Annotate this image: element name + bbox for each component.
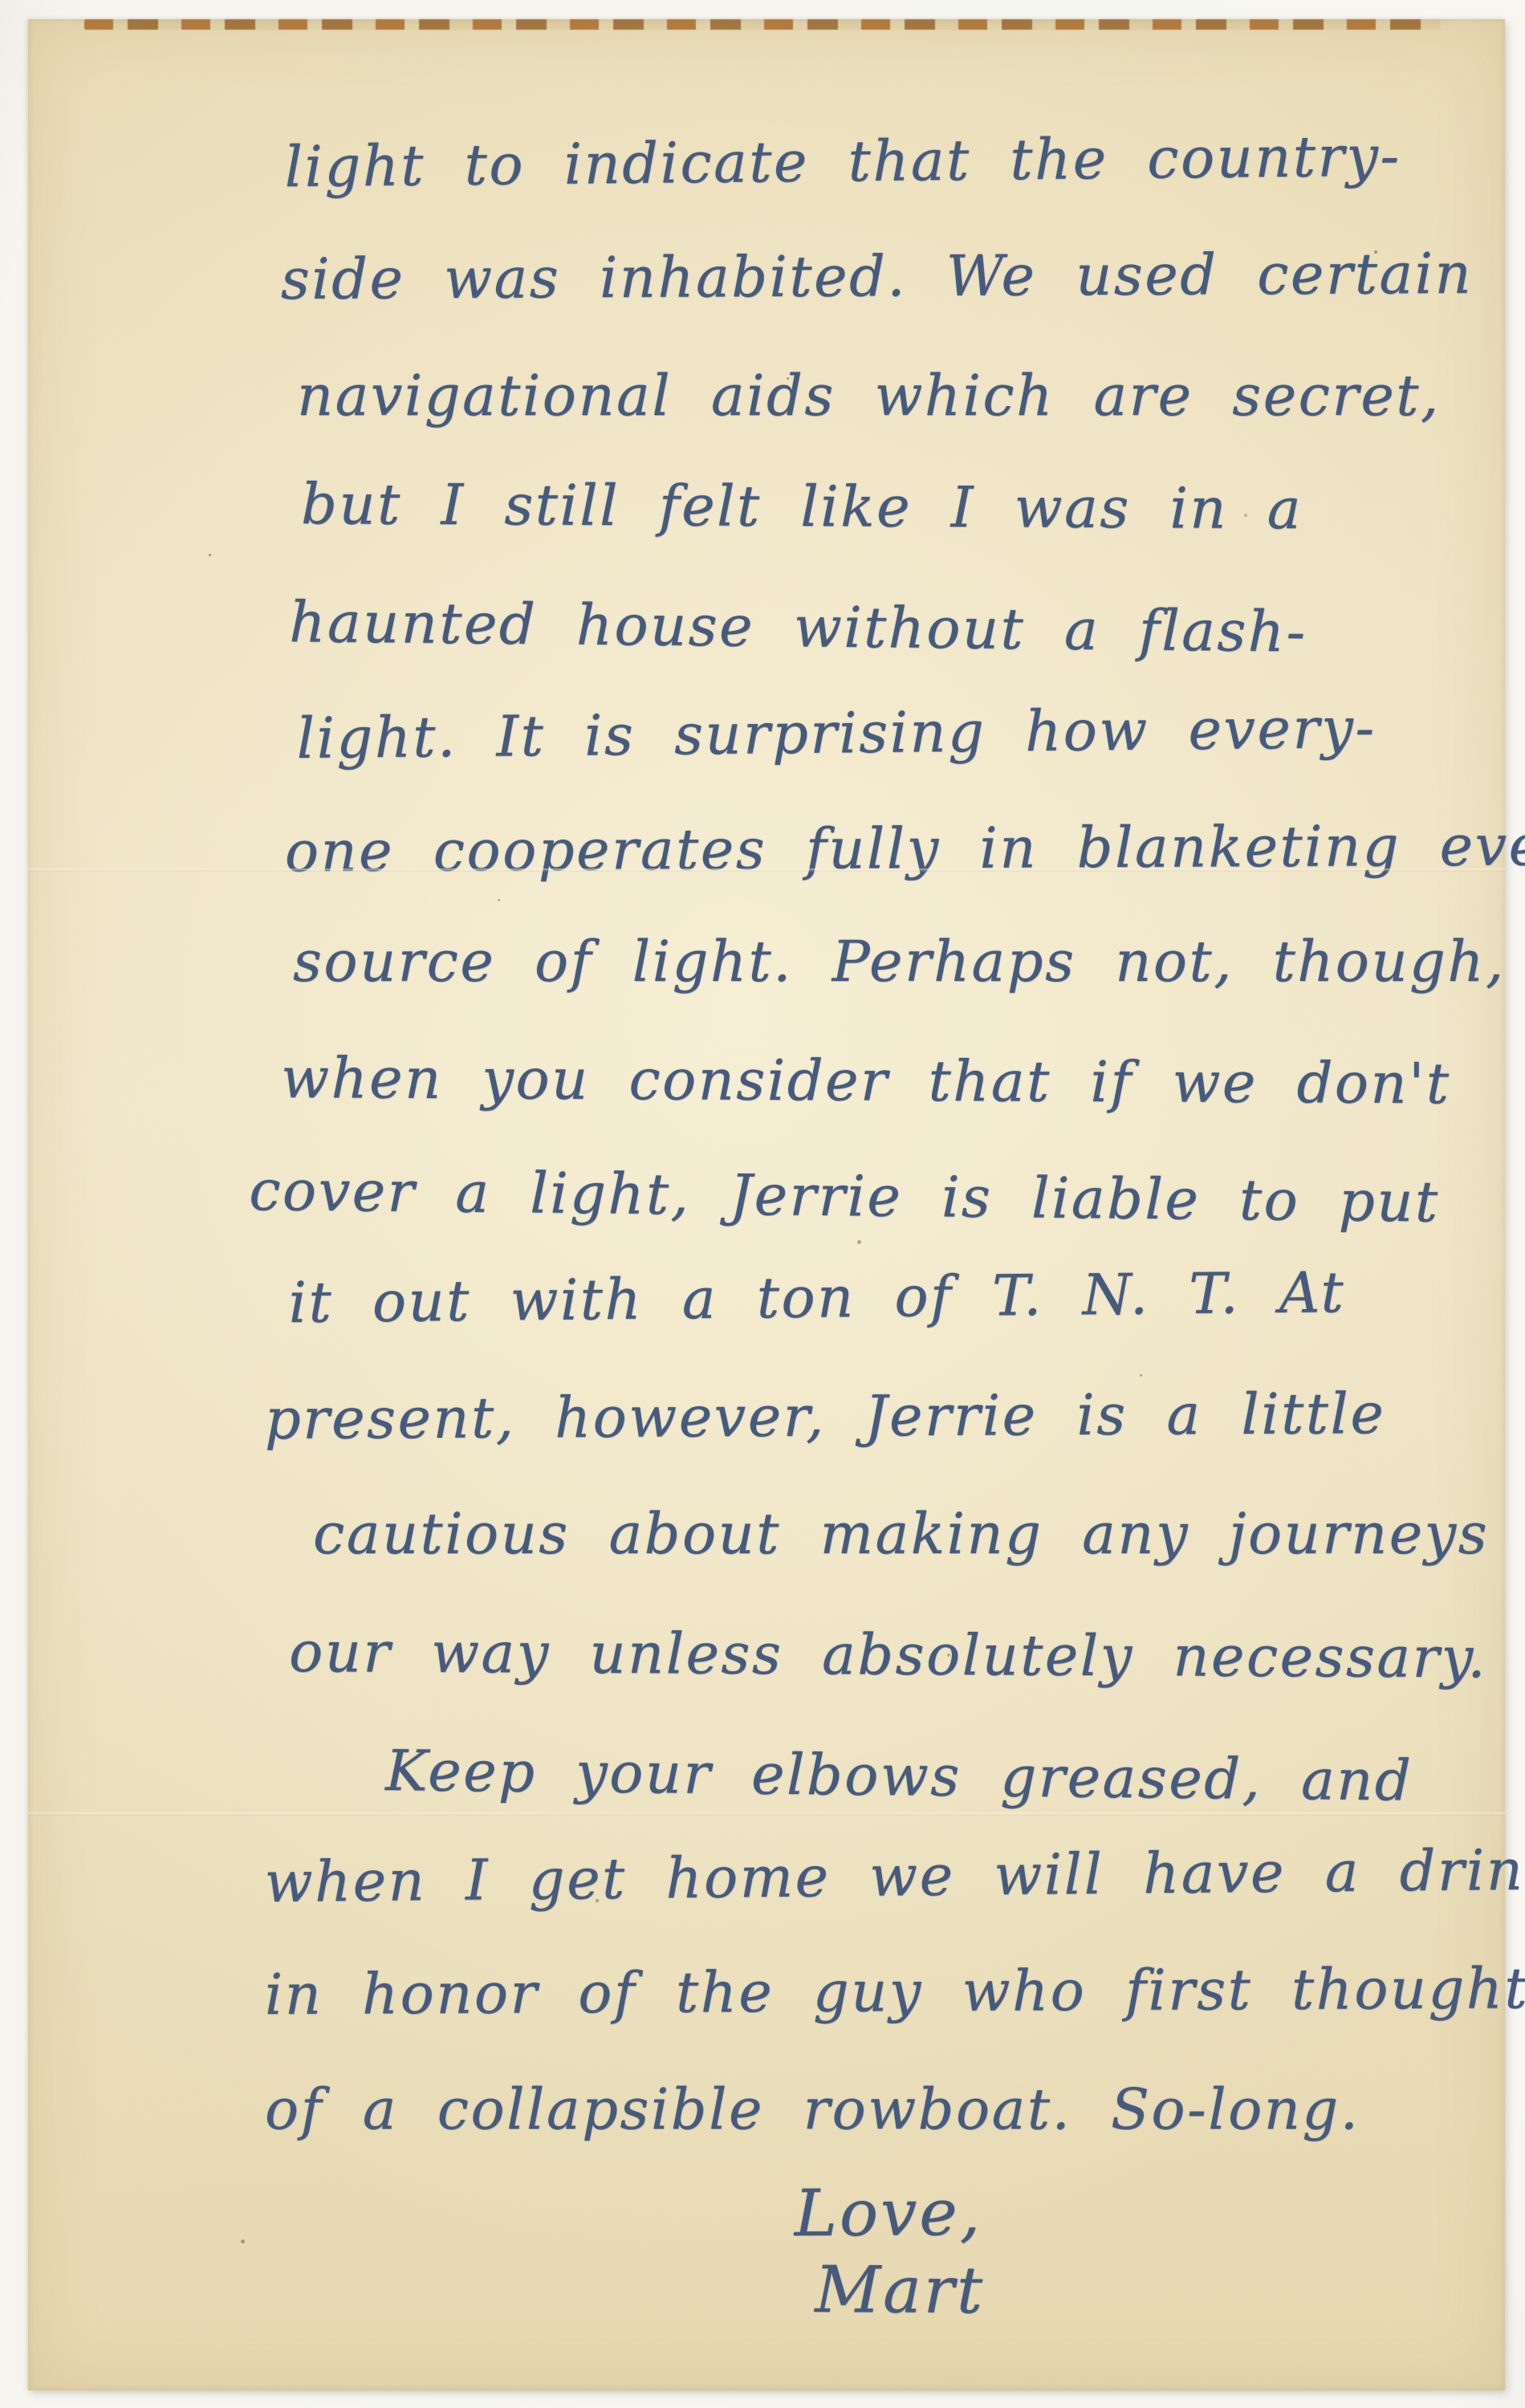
handwritten-line: in honor of the guy who first thought	[265, 1960, 1525, 2023]
handwritten-line: one cooperates fully in blanketing every	[285, 817, 1525, 880]
handwritten-line: cover a light, Jerrie is liable to put	[249, 1162, 1440, 1230]
handwritten-line: when you consider that if we don't	[281, 1050, 1451, 1112]
closing-line: Love,	[795, 2181, 983, 2246]
handwritten-line: cautious about making any journeys	[313, 1506, 1489, 1562]
handwritten-line: light. It is surprising how every-	[296, 700, 1377, 767]
handwritten-line: when I get home we will have a drink	[264, 1841, 1525, 1910]
handwritten-line: of a collapsible rowboat. So-long.	[265, 2081, 1360, 2138]
handwritten-line: Keep your elbows greased, and	[385, 1743, 1413, 1809]
handwritten-line: our way unless absolutely necessary.	[289, 1624, 1487, 1686]
letter-page: light to indicate that the country-side …	[28, 19, 1505, 2390]
signature-name: Mart	[815, 2258, 985, 2323]
handwritten-line: side was inhabited. We used certain	[281, 246, 1474, 307]
handwritten-line: present, however, Jerrie is a little	[265, 1385, 1386, 1447]
handwriting: light to indicate that the country-side …	[28, 19, 1505, 2390]
handwritten-line: source of light. Perhaps not, though,	[293, 934, 1506, 990]
handwritten-line: light to indicate that the country-	[284, 128, 1401, 195]
handwritten-line: navigational aids which are secret,	[297, 368, 1441, 424]
scan-background: light to indicate that the country-side …	[0, 0, 1525, 2408]
handwritten-line: but I still felt like I was in a	[301, 476, 1303, 537]
handwritten-line: haunted house without a flash-	[289, 594, 1307, 660]
handwritten-line: it out with a ton of T. N. T. At	[288, 1264, 1345, 1331]
